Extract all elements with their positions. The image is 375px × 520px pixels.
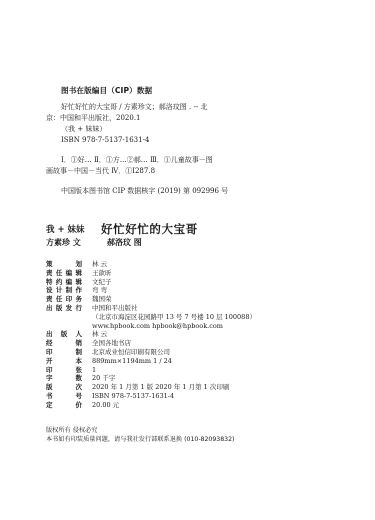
credit-label: 出版发行: [46, 304, 82, 313]
credit-row: 开本889mm×1194mm 1 / 24: [46, 357, 256, 366]
credit-label-char: 数: [76, 374, 83, 383]
credit-label: 版次: [46, 383, 82, 392]
credit-value: 889mm×1194mm 1 / 24: [92, 357, 256, 366]
credit-value: 20 千字: [92, 374, 256, 383]
rights-notice: 版权所有 侵权必究 本书如有印装质量问题，请与我社发行部联系退换 (010-82…: [46, 426, 234, 444]
credit-label-char: 书: [46, 392, 53, 401]
credit-value: 北京成业恒信印刷有限公司: [92, 348, 256, 357]
credit-label-char: 版: [61, 330, 68, 339]
cip-line: （我 + 妹妹）: [46, 124, 306, 135]
credit-label-char: 务: [75, 295, 82, 304]
book-title: 好忙好忙的大宝哥: [101, 221, 198, 237]
credit-row: 责任印务魏国荣: [46, 295, 256, 304]
credit-label: 书号: [46, 392, 82, 401]
credit-value: 魏国荣: [92, 295, 256, 304]
credit-row: 策划林 云: [46, 260, 256, 269]
credit-label: 责任印务: [46, 295, 82, 304]
credit-label-char: 行: [75, 304, 82, 313]
credit-label-char: 制: [76, 348, 83, 357]
credit-value: 1: [92, 366, 256, 375]
credit-row: 版次2020 年 1 月第 1 版 2020 年 1 月第 1 次印刷: [46, 383, 256, 392]
credit-label-char: 号: [76, 392, 83, 401]
credit-label: 出版人: [46, 330, 82, 339]
cip-record: 好忙好忙的大宝哥 / 方素珍文；郝洛玟图 . -- 北 京：中国和平出版社，20…: [46, 102, 306, 197]
credit-row: 设计制作弯 弯: [46, 286, 256, 295]
credit-value: 林 云: [92, 260, 256, 269]
credit-label: 设计制作: [46, 286, 82, 295]
rights-reserved: 版权所有 侵权必究: [46, 426, 234, 435]
credit-label-char: 人: [76, 330, 83, 339]
credit-label-char: 制: [66, 286, 73, 295]
credit-row: 书号ISBN 978-7-5137-1631-4: [46, 392, 256, 401]
credit-label-char: 编: [66, 269, 73, 278]
credit-label-char: 次: [76, 383, 83, 392]
spacer: [46, 146, 306, 155]
credit-value: 中国和平出版社: [92, 304, 256, 313]
credit-label-char: 发: [66, 304, 73, 313]
credit-label-char: 责: [46, 295, 53, 304]
credit-label: 开本: [46, 357, 82, 366]
cip-line: ISBN 978-7-5137-1631-4: [46, 135, 306, 146]
credit-row: 出版人林 云: [46, 330, 256, 339]
credit-label-char: 出: [46, 304, 53, 313]
credit-label-char: 任: [56, 269, 63, 278]
credit-value: 全国各地书店: [92, 339, 256, 348]
credit-value: www.hpbook.com hpbook@hpbook.com: [92, 322, 256, 331]
credit-label-char: 版: [46, 383, 53, 392]
credit-value: ISBN 978-7-5137-1631-4: [92, 392, 256, 401]
credit-label-char: 辑: [75, 269, 82, 278]
credit-value: 林 云: [92, 330, 256, 339]
copyright-page: 图书在版编目（CIP）数据 好忙好忙的大宝哥 / 方素珍文；郝洛玟图 . -- …: [0, 0, 375, 520]
credits-table: 策划林 云责任编辑王歆昕特约编辑文纪子设计制作弯 弯责任印务魏国荣出版发行中国和…: [46, 260, 256, 410]
author: 方素珍 文: [46, 237, 81, 248]
cip-line: 京：中国和平出版社，2020.1: [46, 113, 306, 124]
credit-label: 责任编辑: [46, 269, 82, 278]
credit-label-char: 开: [46, 357, 53, 366]
illustrator: 郝洛玟 图: [107, 237, 142, 248]
credit-label-char: 定: [46, 401, 53, 410]
credit-label-char: 字: [46, 374, 53, 383]
credit-label: [46, 313, 82, 322]
credit-label-char: 策: [46, 260, 53, 269]
cip-catalog-number: 中国版本图书馆 CIP 数据核字 (2019) 第 092996 号: [46, 186, 306, 197]
spacer: [46, 177, 306, 186]
credit-label-char: 设: [46, 286, 53, 295]
credit-value: 2020 年 1 月第 1 版 2020 年 1 月第 1 次印刷: [92, 383, 256, 392]
credit-value: （北京市海淀区花园路甲 13 号 7 号楼 10 层 100088）: [92, 313, 256, 322]
credit-row: 责任编辑王歆昕: [46, 269, 256, 278]
credit-label: 策划: [46, 260, 82, 269]
cip-heading: 图书在版编目（CIP）数据: [61, 85, 152, 96]
credit-row: （北京市海淀区花园路甲 13 号 7 号楼 10 层 100088）: [46, 313, 256, 322]
credit-label-char: 本: [76, 357, 83, 366]
credit-label-char: 销: [76, 339, 83, 348]
credit-value: 弯 弯: [92, 286, 256, 295]
credit-label-char: 作: [75, 286, 82, 295]
credit-value: 文纪子: [92, 278, 256, 287]
credit-label: 字数: [46, 374, 82, 383]
credit-label-char: 版: [56, 304, 63, 313]
quality-notice: 本书如有印装质量问题，请与我社发行部联系退换 (010-82093832): [46, 435, 234, 444]
credit-value: 王歆昕: [92, 269, 256, 278]
cip-classification: 画故事－中国－当代 Ⅳ．①I287.8: [46, 166, 306, 177]
credit-label-char: 经: [46, 339, 53, 348]
credit-label: 经销: [46, 339, 82, 348]
cip-classification: Ⅰ．①好… Ⅱ．①方…②郝… Ⅲ．①儿童故事－图: [46, 155, 306, 166]
credit-label-char: 责: [46, 269, 53, 278]
credit-value: 20.00 元: [92, 401, 256, 410]
credit-label-char: 出: [46, 330, 53, 339]
credit-label-char: 计: [56, 286, 63, 295]
series-name: 我 + 妹妹: [46, 223, 85, 235]
credit-row: 印制北京成业恒信印刷有限公司: [46, 348, 256, 357]
credit-label-char: 印: [66, 295, 73, 304]
credit-row: 经销全国各地书店: [46, 339, 256, 348]
credit-label-char: 划: [76, 260, 83, 269]
credit-label: 印制: [46, 348, 82, 357]
credit-label: 定价: [46, 401, 82, 410]
credit-label-char: 任: [56, 295, 63, 304]
credit-row: 定价20.00 元: [46, 401, 256, 410]
credit-label-char: 印: [46, 348, 53, 357]
cip-line: 好忙好忙的大宝哥 / 方素珍文；郝洛玟图 . -- 北: [46, 102, 306, 113]
credit-label-char: 价: [76, 401, 83, 410]
credit-row: 出版发行中国和平出版社: [46, 304, 256, 313]
credit-row: 字数20 千字: [46, 374, 256, 383]
